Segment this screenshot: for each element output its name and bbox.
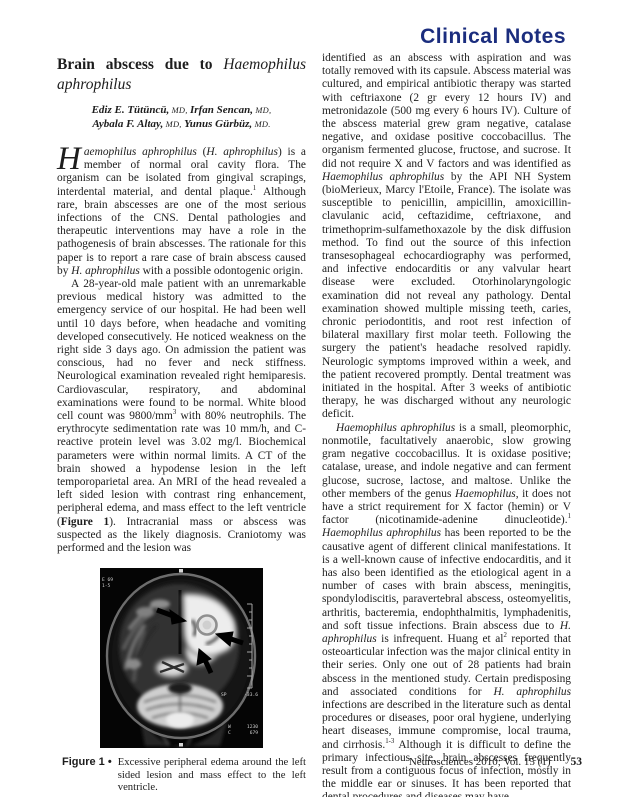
mri-scan-image: E 69 1-5 SP -33.6 W 1230 C 679	[100, 568, 263, 748]
figure-1: E 69 1-5 SP -33.6 W 1230 C 679 Figure 1 …	[57, 568, 306, 794]
mri-lesion-core	[203, 621, 212, 630]
right-column: identified as an abscess with aspiration…	[322, 52, 571, 797]
mri-slice-label-2: 1-5	[102, 583, 111, 589]
mri-window-value: 1230	[247, 724, 258, 730]
figure-caption-text: Excessive peripheral edema around the le…	[118, 756, 306, 794]
figure-caption-label: Figure 1 •	[62, 756, 112, 769]
journal-citation: Neurosciences 2010; Vol. 15 (1)	[409, 756, 551, 768]
mri-window-label: W	[228, 724, 231, 730]
mri-vermis-bright	[166, 712, 194, 728]
paragraph-intro: Haemophilus aphrophilus (H. aphrophilus)…	[57, 146, 306, 278]
section-header: Clinical Notes	[420, 25, 566, 49]
article-title: Brain abscess due to Haemophilus aphroph…	[57, 55, 306, 95]
mri-sp-value: -33.6	[244, 692, 258, 698]
figure-caption: Figure 1 • Excessive peripheral edema ar…	[62, 756, 306, 794]
mri-sp-label: SP	[221, 692, 227, 698]
caption-bullet-icon: •	[108, 756, 112, 768]
paragraph-treatment: identified as an abscess with aspiration…	[322, 52, 571, 422]
author-list: Ediz E. Tütüncü, MD, Irfan Sencan, MD, A…	[57, 104, 306, 131]
paragraph-discussion: Haemophilus aphrophilus is a small, pleo…	[322, 422, 571, 797]
mri-marker-top	[179, 569, 183, 573]
section-header-label: Clinical Notes	[420, 25, 566, 48]
journal-page: Clinical Notes Brain abscess due to Haem…	[0, 0, 620, 797]
author-line-1: Ediz E. Tütüncü, MD, Irfan Sencan, MD,	[57, 104, 306, 118]
two-column-content: Brain abscess due to Haemophilus aphroph…	[57, 52, 571, 797]
mri-slice-label-1: E 69	[102, 577, 113, 583]
mri-center-value: 679	[250, 730, 259, 736]
mri-brainstem-dark	[168, 682, 192, 694]
mri-marker-bottom	[179, 743, 183, 747]
page-footer: Neurosciences 2010; Vol. 15 (1) 53	[409, 756, 582, 768]
paragraph-case-report: A 28-year-old male patient with an unrem…	[57, 278, 306, 555]
author-line-2: Aybala F. Altay, MD, Yunus Gürbüz, MD.	[57, 118, 306, 132]
left-column: Brain abscess due to Haemophilus aphroph…	[57, 52, 306, 797]
mri-center-label: C	[228, 730, 231, 736]
page-number: 53	[571, 756, 583, 768]
drop-cap: H	[57, 146, 84, 172]
